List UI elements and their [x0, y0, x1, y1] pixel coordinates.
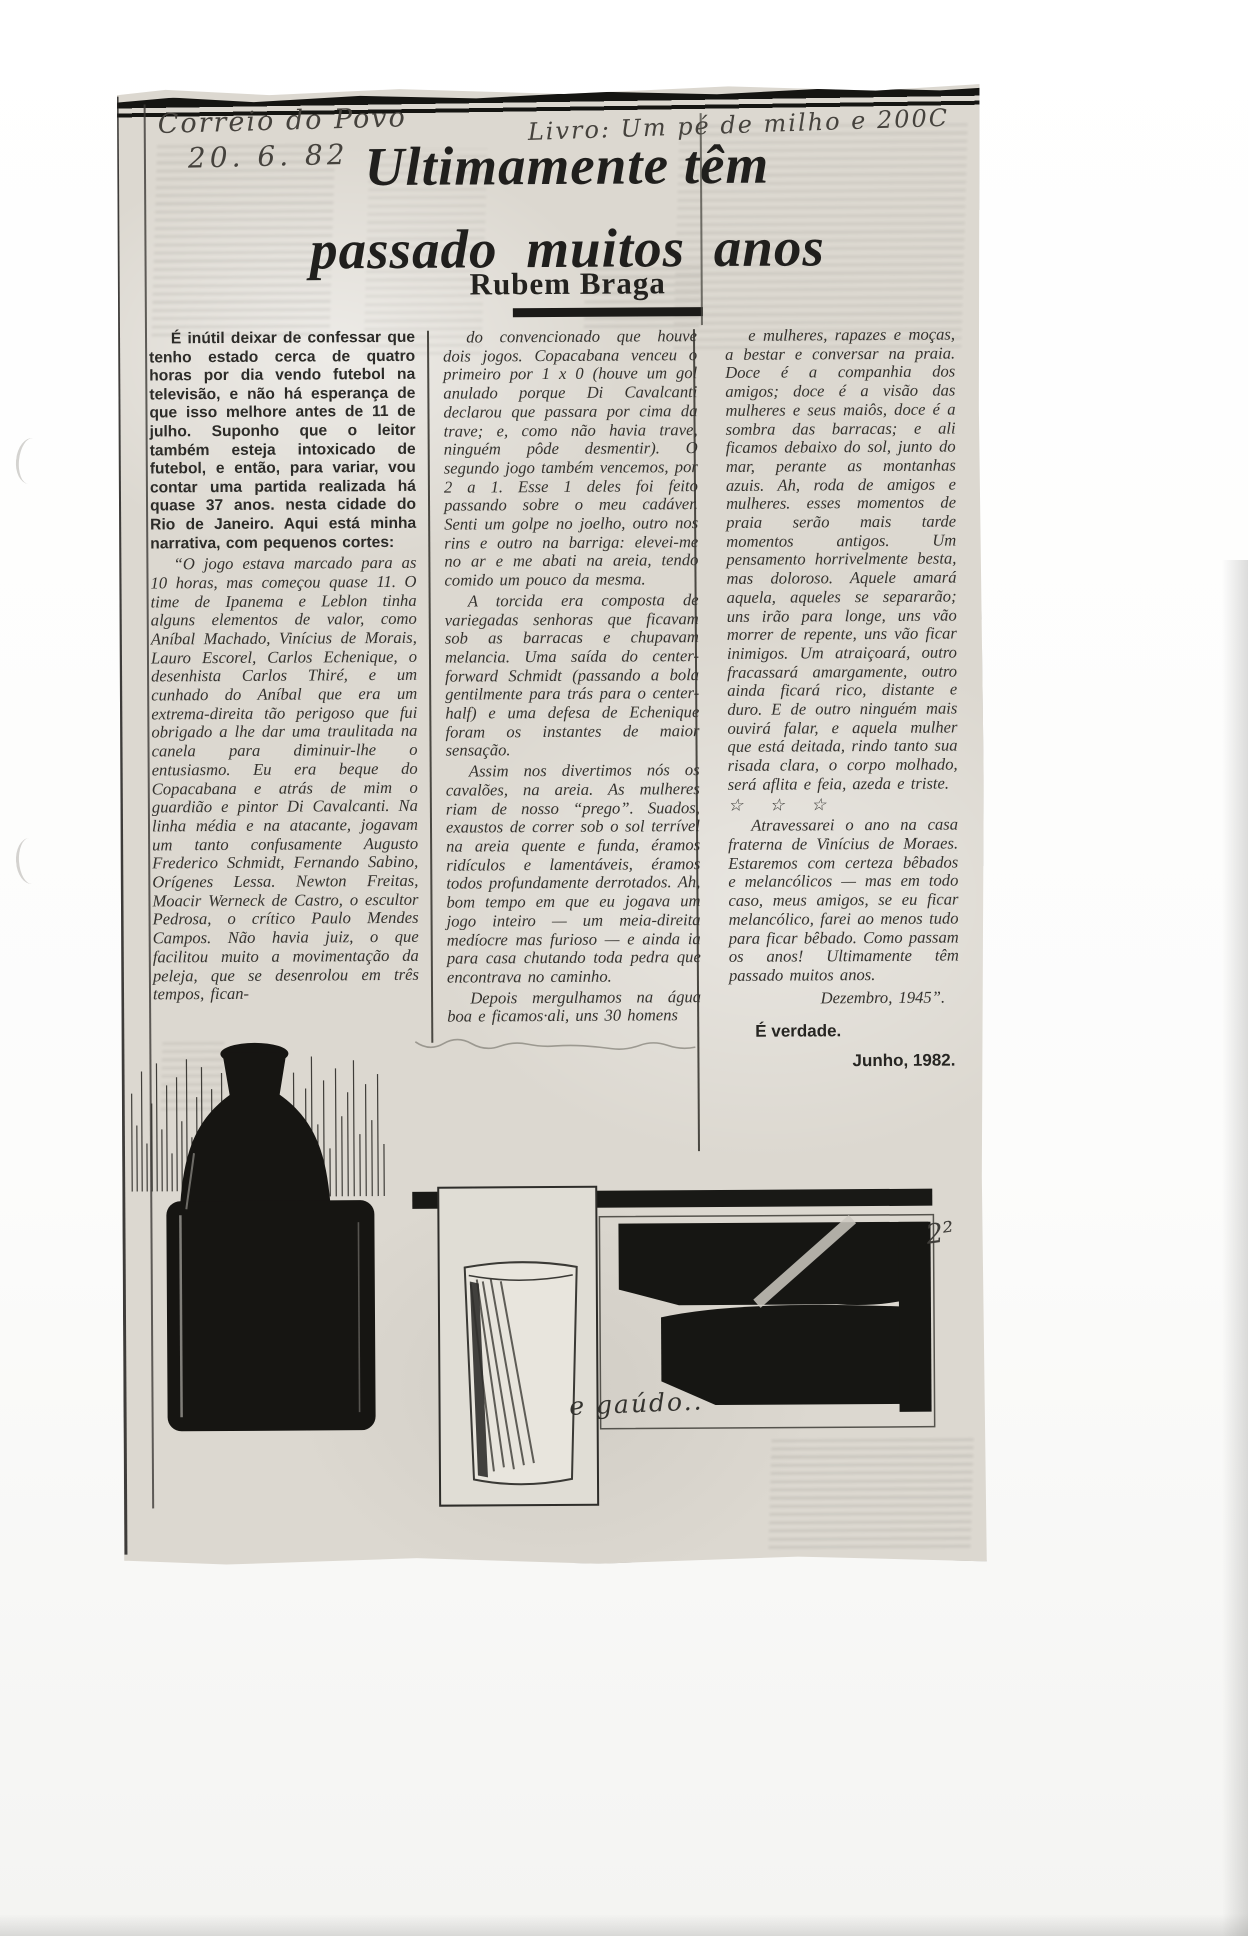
column-1: É inútil deixar de confessar que tenho e…: [149, 329, 432, 1078]
scan-edge-shadow: [1222, 560, 1248, 1936]
margin-mark: [14, 437, 48, 486]
scanned-page: Correio do Povo 20. 6. 82 Livro: Um pé d…: [0, 0, 1248, 1936]
paragraph: A torcida era composta de variegadas sen…: [445, 591, 700, 761]
signoff-date: Dezembro, 1945”.: [729, 988, 959, 1008]
dark-mass: [618, 1219, 931, 1414]
byline-rule: [513, 307, 703, 317]
paragraph: do convencionado que houve dois jogos. C…: [443, 327, 699, 590]
paragraph: Assim nos divertimos nós os cavalões, na…: [446, 761, 701, 987]
column-2: do convencionado que houve dois jogos. C…: [427, 327, 714, 1076]
paragraph-quote: “O jogo estava marcado para as 10 horas,…: [150, 554, 419, 1004]
article-body: É inútil deixar de confessar que tenho e…: [149, 326, 960, 1078]
ink-illustration: e gaúdo..: [119, 1028, 984, 1533]
paragraph: Atravessarei o ano na casa fraterna de V…: [728, 816, 959, 986]
handwritten-page-number: 2²: [924, 1216, 956, 1251]
headline-line1: Ultimamente têm: [365, 134, 770, 197]
newspaper-clipping: Correio do Povo 20. 6. 82 Livro: Um pé d…: [113, 83, 988, 1566]
paragraph: e mulheres, rapazes e moças, a bestar e …: [725, 326, 958, 795]
section-stars: ☆ ☆ ☆: [728, 795, 958, 815]
paragraph-intro: É inútil deixar de confessar que tenho e…: [149, 329, 416, 554]
paragraph: Depois mergulhamos na água boa e ficamos…: [447, 988, 701, 1027]
margin-mark: [14, 837, 46, 885]
glass-illustration: [438, 1187, 598, 1506]
byline: Rubem Braga: [223, 264, 913, 304]
artist-signature: e gaúdo..: [569, 1386, 704, 1420]
scan-bottom-shadow: [0, 1914, 1248, 1936]
column-3: e mulheres, rapazes e moças, a bestar e …: [709, 326, 960, 1075]
wavy-separator: [415, 1038, 695, 1050]
